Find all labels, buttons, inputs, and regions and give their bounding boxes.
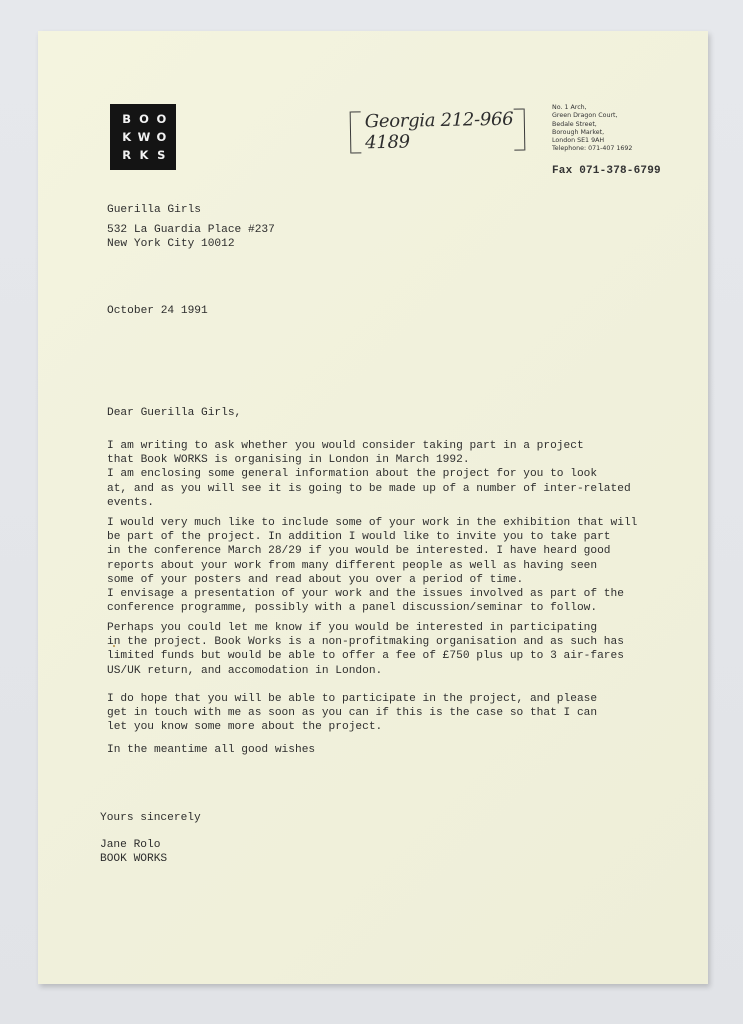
recipient-name: Guerilla Girls	[107, 203, 201, 217]
logo-letter: B	[118, 110, 135, 128]
logo-letter: K	[118, 128, 135, 146]
text-line: reports about your work from many differ…	[107, 559, 637, 573]
signature-organisation: BOOK WORKS	[100, 852, 167, 866]
text-line: that Book WORKS is organising in London …	[107, 453, 631, 467]
text-line: US/UK return, and accomodation in London…	[107, 664, 624, 678]
closing: Yours sincerely	[100, 811, 201, 825]
logo-letter: O	[135, 110, 152, 128]
logo-letter: O	[153, 110, 170, 128]
body-paragraph-1: I am writing to ask whether you would co…	[107, 439, 631, 510]
logo-letter: O	[153, 128, 170, 146]
logo-letter: R	[118, 146, 135, 164]
text-line: conference programme, possibly with a pa…	[107, 601, 637, 615]
logo-letter: S	[153, 146, 170, 164]
telephone-line: Telephone: 071-407 1692	[552, 145, 632, 153]
text-line: I am writing to ask whether you would co…	[107, 439, 631, 453]
book-works-logo: B O O K W O R K S	[110, 104, 176, 170]
body-paragraph-4: I do hope that you will be able to parti…	[107, 692, 597, 735]
text-line: let you know some more about the project…	[107, 720, 597, 734]
text-line: in the project. Book Works is a non-prof…	[107, 635, 624, 649]
paper-speck	[113, 645, 115, 647]
signature-name: Jane Rolo	[100, 838, 160, 852]
body-paragraph-3: Perhaps you could let me know if you wou…	[107, 621, 624, 678]
recipient-address-line1: 532 La Guardia Place #237	[107, 223, 275, 237]
recipient-address-line2: New York City 10012	[107, 237, 235, 251]
text-line: I am enclosing some general information …	[107, 467, 631, 481]
body-paragraph-5: In the meantime all good wishes	[107, 743, 315, 757]
address-line: Borough Market,	[552, 129, 632, 137]
address-line: Bedale Street,	[552, 121, 632, 129]
logo-letter: W	[135, 128, 152, 146]
address-line: Green Dragon Court,	[552, 112, 632, 120]
text-line: get in touch with me as soon as you can …	[107, 706, 597, 720]
fax-number: Fax 071-378-6799	[552, 165, 661, 177]
text-line: in the conference March 28/29 if you wou…	[107, 544, 637, 558]
text-line: at, and as you will see it is going to b…	[107, 482, 631, 496]
text-line: In the meantime all good wishes	[107, 743, 315, 757]
salutation: Dear Guerilla Girls,	[107, 406, 241, 420]
logo-letter: K	[135, 146, 152, 164]
text-line: limited funds but would be able to offer…	[107, 649, 624, 663]
address-line: London SE1 9AH	[552, 137, 632, 145]
body-paragraph-2: I would very much like to include some o…	[107, 516, 637, 615]
address-line: No. 1 Arch,	[552, 104, 632, 112]
text-line: some of your posters and read about you …	[107, 573, 637, 587]
text-line: I would very much like to include some o…	[107, 516, 637, 530]
text-line: be part of the project. In addition I wo…	[107, 530, 637, 544]
text-line: events.	[107, 496, 631, 510]
letter-date: October 24 1991	[107, 304, 208, 318]
handwritten-note-text: Georgia 212-966 4189	[365, 108, 525, 153]
text-line: I do hope that you will be able to parti…	[107, 692, 597, 706]
letterhead-address: No. 1 Arch, Green Dragon Court, Bedale S…	[552, 104, 632, 154]
text-line: Perhaps you could let me know if you wou…	[107, 621, 624, 635]
handwritten-phone-note: Georgia 212-966 4189	[350, 108, 526, 153]
text-line: I envisage a presentation of your work a…	[107, 587, 637, 601]
